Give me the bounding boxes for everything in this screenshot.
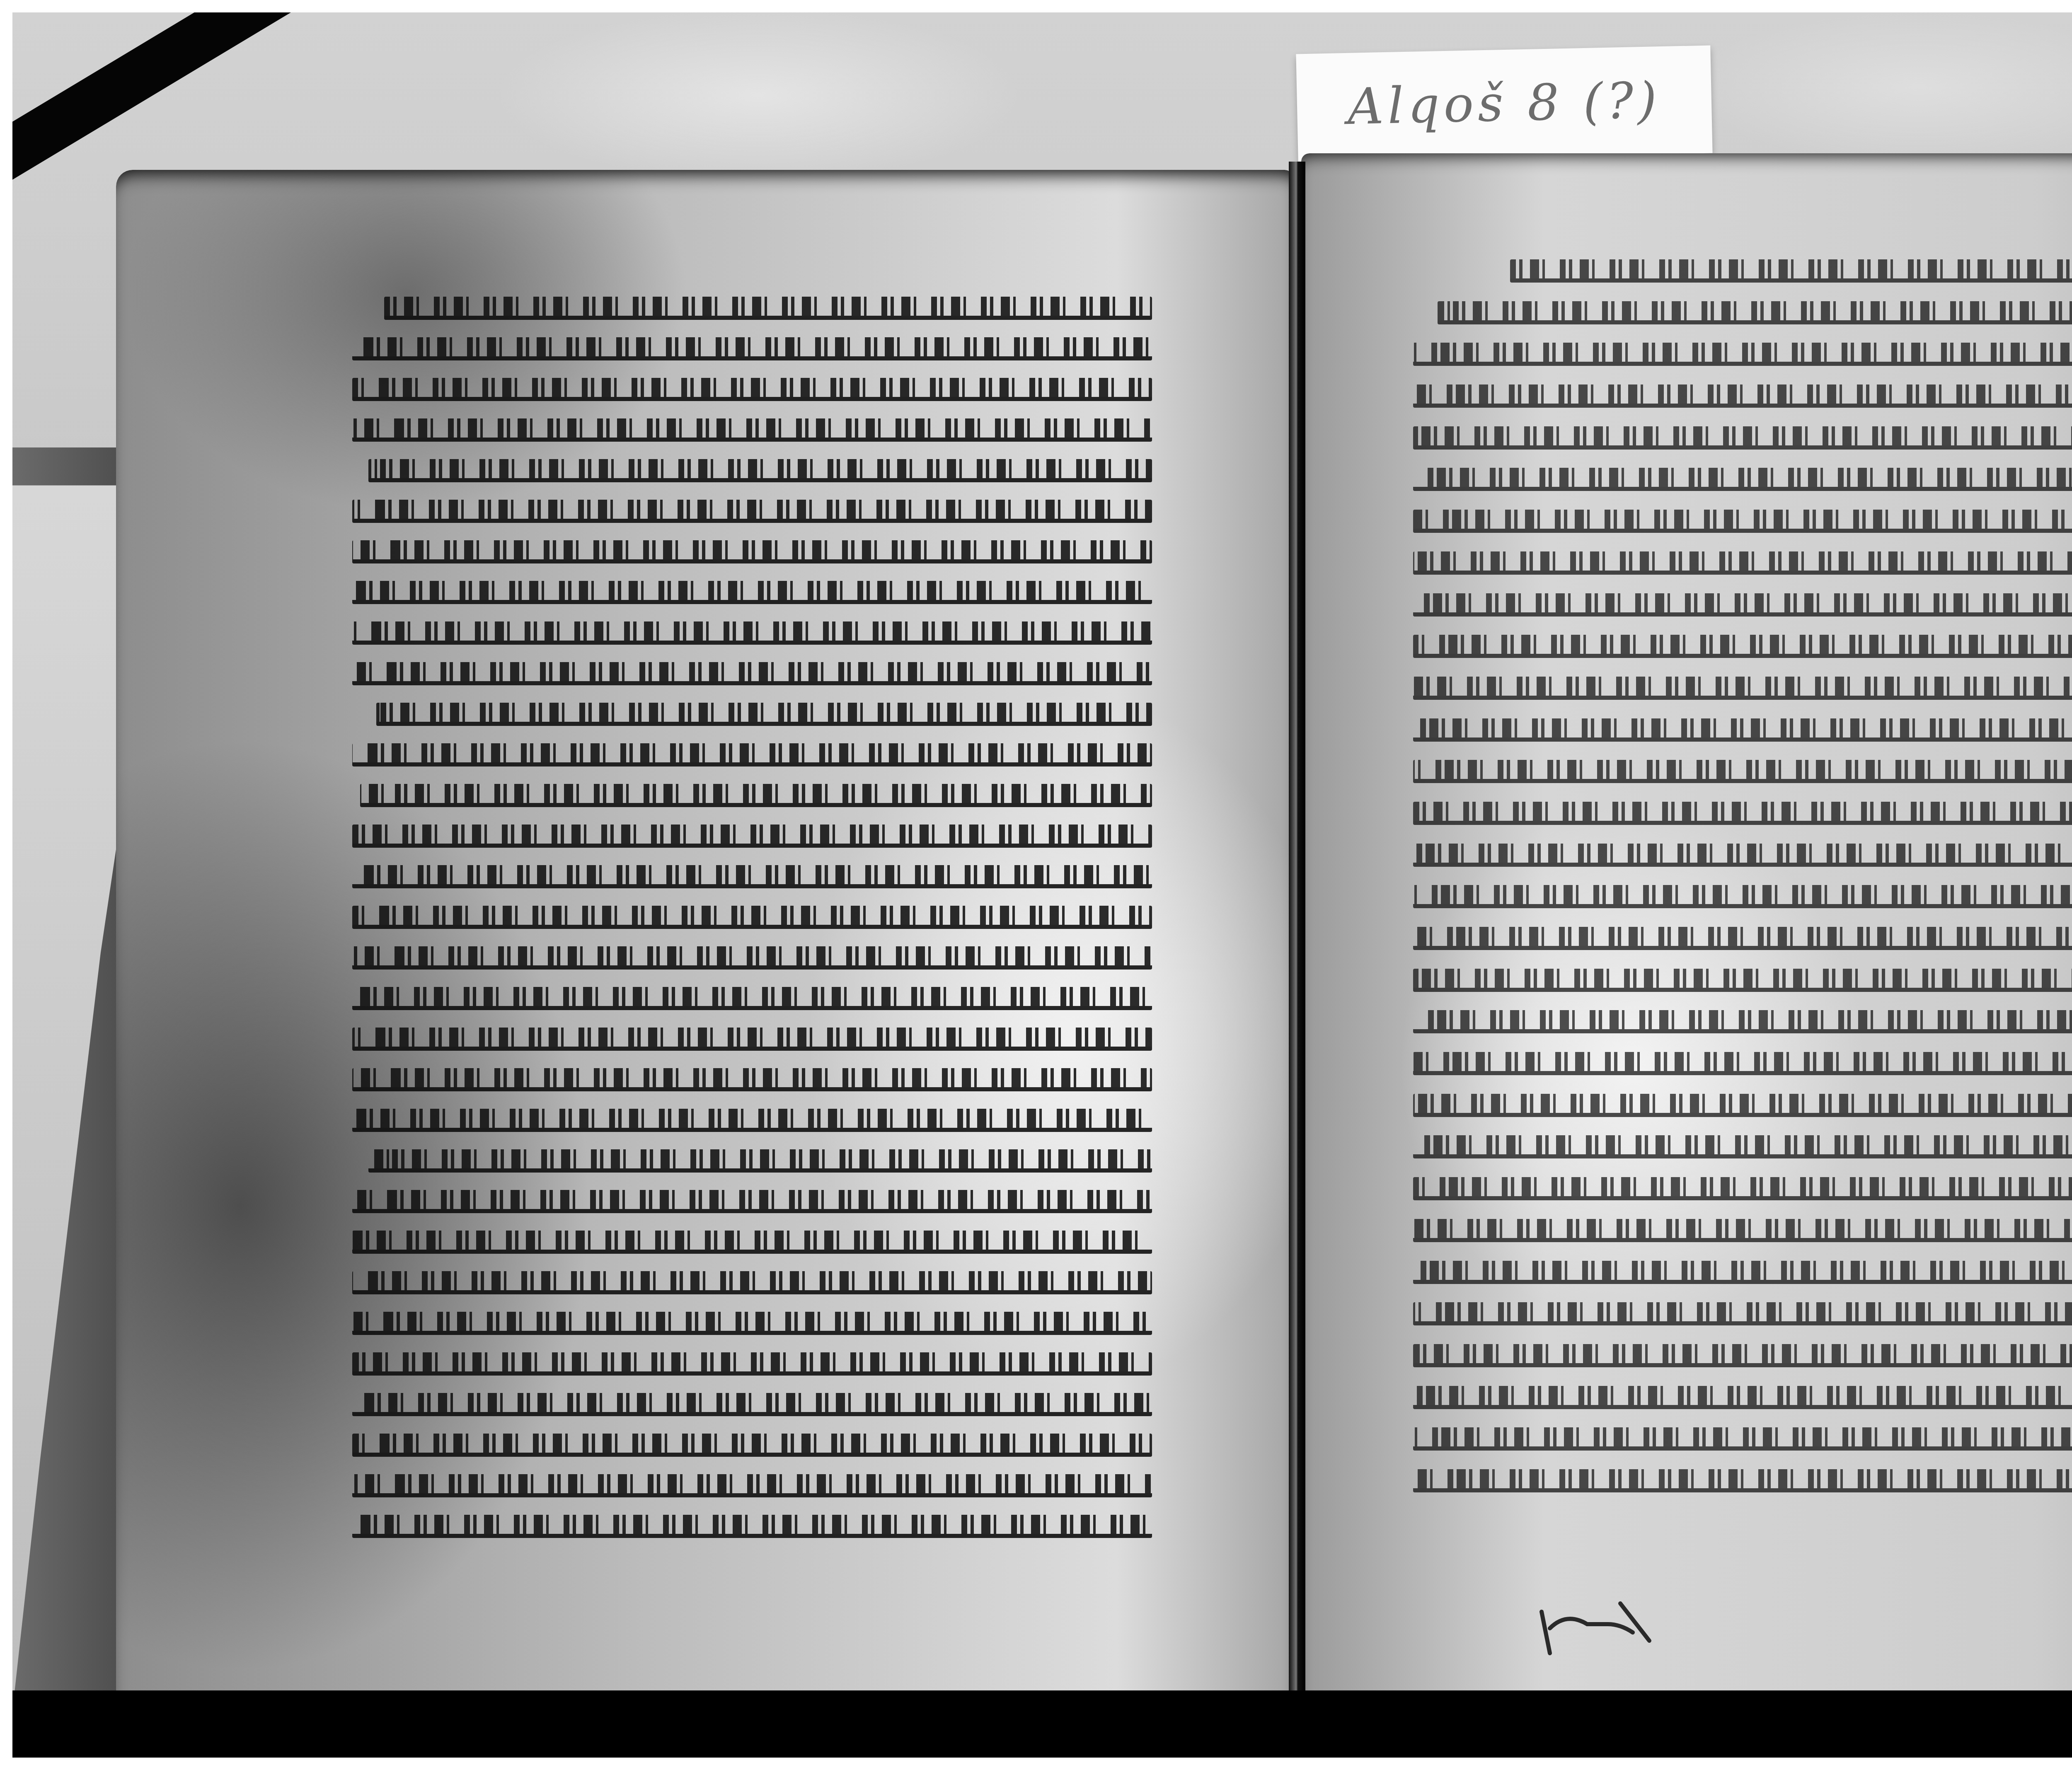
syriac-script xyxy=(1413,718,2072,742)
manuscript-line xyxy=(352,903,1152,928)
syriac-script xyxy=(352,500,1152,523)
syriac-script xyxy=(1413,1427,2072,1451)
syriac-script xyxy=(352,743,1152,767)
syriac-script xyxy=(384,297,1152,320)
manuscript-line xyxy=(352,619,1152,644)
syriac-script xyxy=(352,1190,1152,1213)
syriac-script xyxy=(360,784,1152,807)
syriac-script xyxy=(1438,301,2072,324)
bottom-shadow-band xyxy=(12,1690,2072,1758)
syriac-script xyxy=(352,1028,1152,1051)
syriac-script xyxy=(1413,593,2072,617)
syriac-script xyxy=(1413,1052,2072,1075)
shelfmark-text: Alqoš 8 (?) xyxy=(1347,72,1661,136)
syriac-script xyxy=(352,1312,1152,1335)
manuscript-line xyxy=(352,335,1152,360)
manuscript-line xyxy=(1413,257,2072,282)
syriac-script xyxy=(1413,969,2072,992)
syriac-script xyxy=(1413,635,2072,658)
manuscript-line xyxy=(352,1147,1152,1172)
manuscript-line xyxy=(1413,340,2072,365)
manuscript-line xyxy=(1413,716,2072,741)
syriac-script xyxy=(1510,259,2072,283)
manuscript-line xyxy=(352,1350,1152,1375)
manuscript-line xyxy=(1413,1467,2072,1492)
manuscript-line xyxy=(352,781,1152,806)
manuscript-line xyxy=(1413,1133,2072,1158)
syriac-script xyxy=(352,906,1152,929)
syriac-script xyxy=(1413,885,2072,908)
syriac-script xyxy=(352,1068,1152,1091)
syriac-script xyxy=(352,621,1152,645)
manuscript-line xyxy=(1413,757,2072,782)
syriac-script xyxy=(1413,1094,2072,1117)
syriac-script xyxy=(1413,384,2072,408)
syriac-script xyxy=(352,581,1152,604)
manuscript-line xyxy=(1413,1342,2072,1366)
manuscript-line xyxy=(1413,1175,2072,1199)
manuscript-line xyxy=(1413,1425,2072,1450)
manuscript-line xyxy=(1413,299,2072,324)
manuscript-line xyxy=(352,375,1152,400)
manuscript-line xyxy=(352,944,1152,969)
manuscript-line xyxy=(352,660,1152,684)
shelfmark-label: Alqoš 8 (?) xyxy=(1296,46,1712,162)
syriac-script xyxy=(352,1231,1152,1254)
manuscript-line xyxy=(1413,799,2072,824)
syriac-script xyxy=(1413,1135,2072,1158)
manuscript-line xyxy=(1413,883,2072,907)
manuscript-line xyxy=(1413,382,2072,407)
syriac-script xyxy=(1413,760,2072,783)
manuscript-line xyxy=(352,538,1152,563)
manuscript-line xyxy=(352,1309,1152,1334)
syriac-script xyxy=(1413,468,2072,491)
syriac-script xyxy=(1413,1219,2072,1242)
syriac-script xyxy=(1413,426,2072,450)
manuscript-line xyxy=(1413,424,2072,449)
syriac-script xyxy=(352,1393,1152,1416)
syriac-script xyxy=(352,378,1152,401)
manuscript-line xyxy=(352,1106,1152,1131)
syriac-script xyxy=(352,987,1152,1010)
manuscript-line xyxy=(1413,674,2072,699)
manuscript-line xyxy=(1413,465,2072,490)
syriac-script xyxy=(352,1515,1152,1538)
manuscript-line xyxy=(1413,1049,2072,1074)
manuscript-line xyxy=(1413,1216,2072,1241)
syriac-script xyxy=(352,337,1152,360)
manuscript-line xyxy=(352,578,1152,603)
manuscript-line xyxy=(1413,1300,2072,1325)
manuscript-line xyxy=(352,822,1152,847)
syriac-script xyxy=(1413,1469,2072,1492)
signature-icon xyxy=(1525,1587,1662,1661)
syriac-script xyxy=(1413,1010,2072,1033)
manuscript-line xyxy=(352,1025,1152,1050)
syriac-script xyxy=(352,662,1152,685)
syriac-script xyxy=(352,1474,1152,1497)
bottom-signature xyxy=(1525,1587,1662,1661)
syriac-script xyxy=(352,1271,1152,1294)
manuscript-line xyxy=(352,984,1152,1009)
manuscript-line xyxy=(352,1472,1152,1497)
manuscript-line xyxy=(352,457,1152,481)
syriac-script xyxy=(352,865,1152,888)
manuscript-line xyxy=(1413,507,2072,532)
manuscript-line xyxy=(1413,966,2072,991)
syriac-script xyxy=(1413,677,2072,700)
syriac-script xyxy=(1413,1302,2072,1325)
syriac-script xyxy=(352,825,1152,848)
manuscript-line xyxy=(352,1066,1152,1091)
syriac-script xyxy=(1413,1261,2072,1284)
syriac-script xyxy=(352,1352,1152,1376)
syriac-script xyxy=(1413,1344,2072,1367)
manuscript-line xyxy=(1413,1008,2072,1032)
syriac-script xyxy=(1413,510,2072,533)
syriac-script xyxy=(368,1149,1152,1173)
manuscript-line xyxy=(352,1187,1152,1212)
manuscript-line xyxy=(352,1431,1152,1456)
syriac-script xyxy=(352,1109,1152,1132)
open-manuscript xyxy=(116,153,2072,1695)
syriac-script xyxy=(352,1434,1152,1457)
left-text-block xyxy=(352,294,1152,1537)
syriac-script xyxy=(1413,927,2072,950)
manuscript-line xyxy=(1413,841,2072,866)
syriac-script xyxy=(352,418,1152,442)
manuscript-line xyxy=(352,863,1152,887)
manuscript-line xyxy=(1413,632,2072,657)
manuscript-line xyxy=(352,1390,1152,1415)
syriac-script xyxy=(1413,551,2072,575)
syriac-script xyxy=(352,946,1152,970)
manuscript-line xyxy=(352,416,1152,441)
syriac-script xyxy=(1413,1386,2072,1409)
syriac-script xyxy=(376,703,1152,726)
manuscript-line xyxy=(1413,1258,2072,1283)
manuscript-line xyxy=(1413,1091,2072,1116)
manuscript-line xyxy=(352,1512,1152,1537)
right-page xyxy=(1301,153,2072,1695)
manuscript-line xyxy=(1413,924,2072,949)
syriac-script xyxy=(1413,844,2072,867)
left-page xyxy=(116,170,1293,1695)
photo-frame: Alqoš 8 (?) ※※※☩※ xyxy=(12,12,2072,1758)
gutter xyxy=(1289,162,1305,1695)
manuscript-line xyxy=(352,294,1152,319)
manuscript-line xyxy=(352,497,1152,522)
syriac-script xyxy=(1413,343,2072,366)
syriac-script xyxy=(368,459,1152,482)
manuscript-line xyxy=(1413,591,2072,616)
manuscript-line xyxy=(352,741,1152,766)
manuscript-line xyxy=(1413,549,2072,574)
right-text-block xyxy=(1413,257,2072,1492)
manuscript-line xyxy=(352,700,1152,725)
syriac-script xyxy=(1413,1177,2072,1200)
syriac-script xyxy=(352,540,1152,563)
manuscript-line xyxy=(352,1269,1152,1294)
manuscript-line xyxy=(352,1228,1152,1253)
syriac-script xyxy=(1413,802,2072,825)
manuscript-line xyxy=(1413,1383,2072,1408)
